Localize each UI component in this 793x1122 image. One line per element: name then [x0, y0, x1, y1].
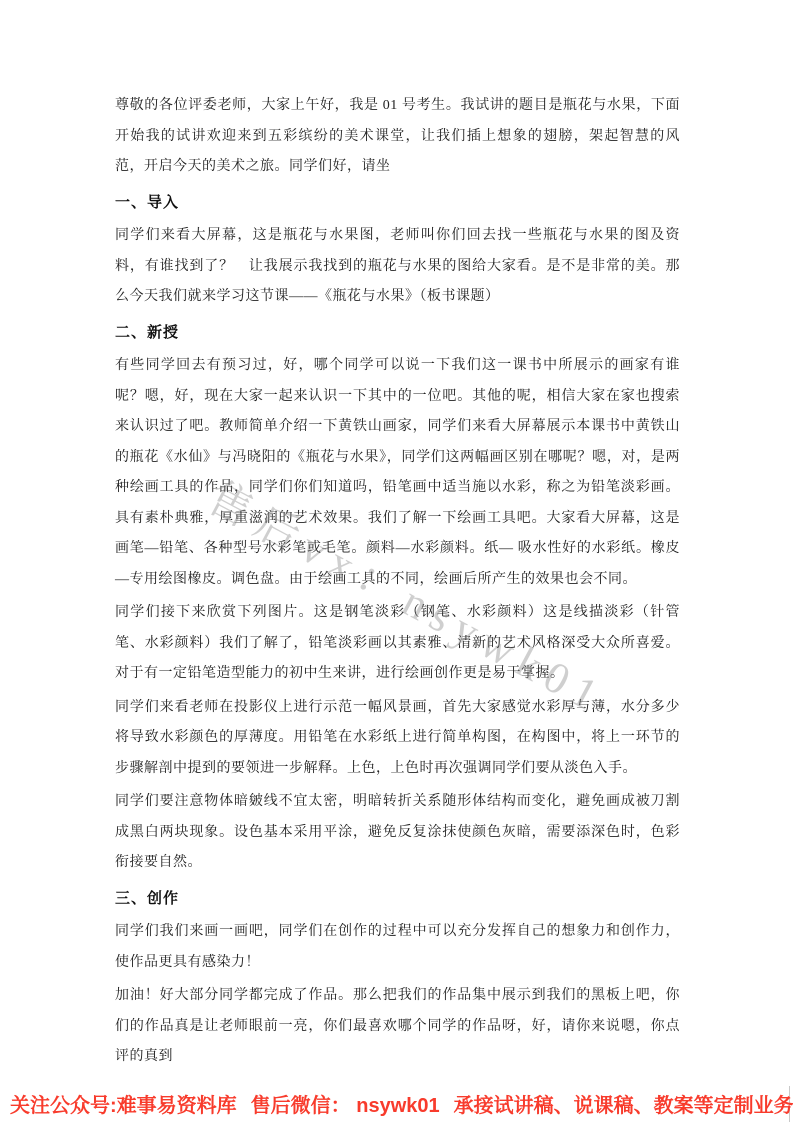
paragraph: 有些同学回去有预习过，好，哪个同学可以说一下我们这一课书中所展示的画家有谁呢？嗯…	[115, 351, 680, 595]
paragraph: 同学们我们来画一画吧，同学们在创作的过程中可以充分发挥自己的想象力和创作力，使作…	[115, 917, 680, 978]
section-heading-intro: 一、导入	[115, 188, 680, 219]
document-page: 售后vx：nsywk01 尊敬的各位评委老师，大家上午好，我是 01 号考生。我…	[0, 0, 793, 1122]
promo-footer-wechat: 售后微信： nsywk01	[251, 1089, 440, 1118]
paragraph: 同学们接下来欣赏下列图片。这是钢笔淡彩（钢笔、水彩颜料）这是线描淡彩（针管笔、水…	[115, 598, 680, 690]
section-heading-creation: 三、创作	[115, 884, 680, 915]
document-body: 尊敬的各位评委老师，大家上午好，我是 01 号考生。我试讲的题目是瓶花与水果，下…	[115, 91, 680, 1076]
promo-footer: 关注公众号:难事易资料库 售后微信： nsywk01 承接试讲稿、说课稿、教案等…	[10, 1089, 788, 1118]
section-heading-new-lesson: 二、新授	[115, 318, 680, 349]
paragraph: 同学们要注意物体暗皴线不宜太密，明暗转折关系随形体结构而变化，避免画成被刀割成黑…	[115, 787, 680, 879]
intro-paragraph: 尊敬的各位评委老师，大家上午好，我是 01 号考生。我试讲的题目是瓶花与水果，下…	[115, 91, 680, 183]
promo-footer-services: 承接试讲稿、说课稿、教案等定制业务	[454, 1089, 793, 1118]
promo-footer-account: 关注公众号:难事易资料库	[10, 1089, 237, 1118]
paragraph: 同学们来看大屏幕，这是瓶花与水果图，老师叫你们回去找一些瓶花与水果的图及资料，有…	[115, 221, 680, 313]
paragraph: 加油！好大部分同学都完成了作品。那么把我们的作品集中展示到我们的黑板上吧，你们的…	[115, 981, 680, 1073]
paragraph: 同学们来看老师在投影仪上进行示范一幅风景画，首先大家感觉水彩厚与薄，水分多少将导…	[115, 693, 680, 785]
